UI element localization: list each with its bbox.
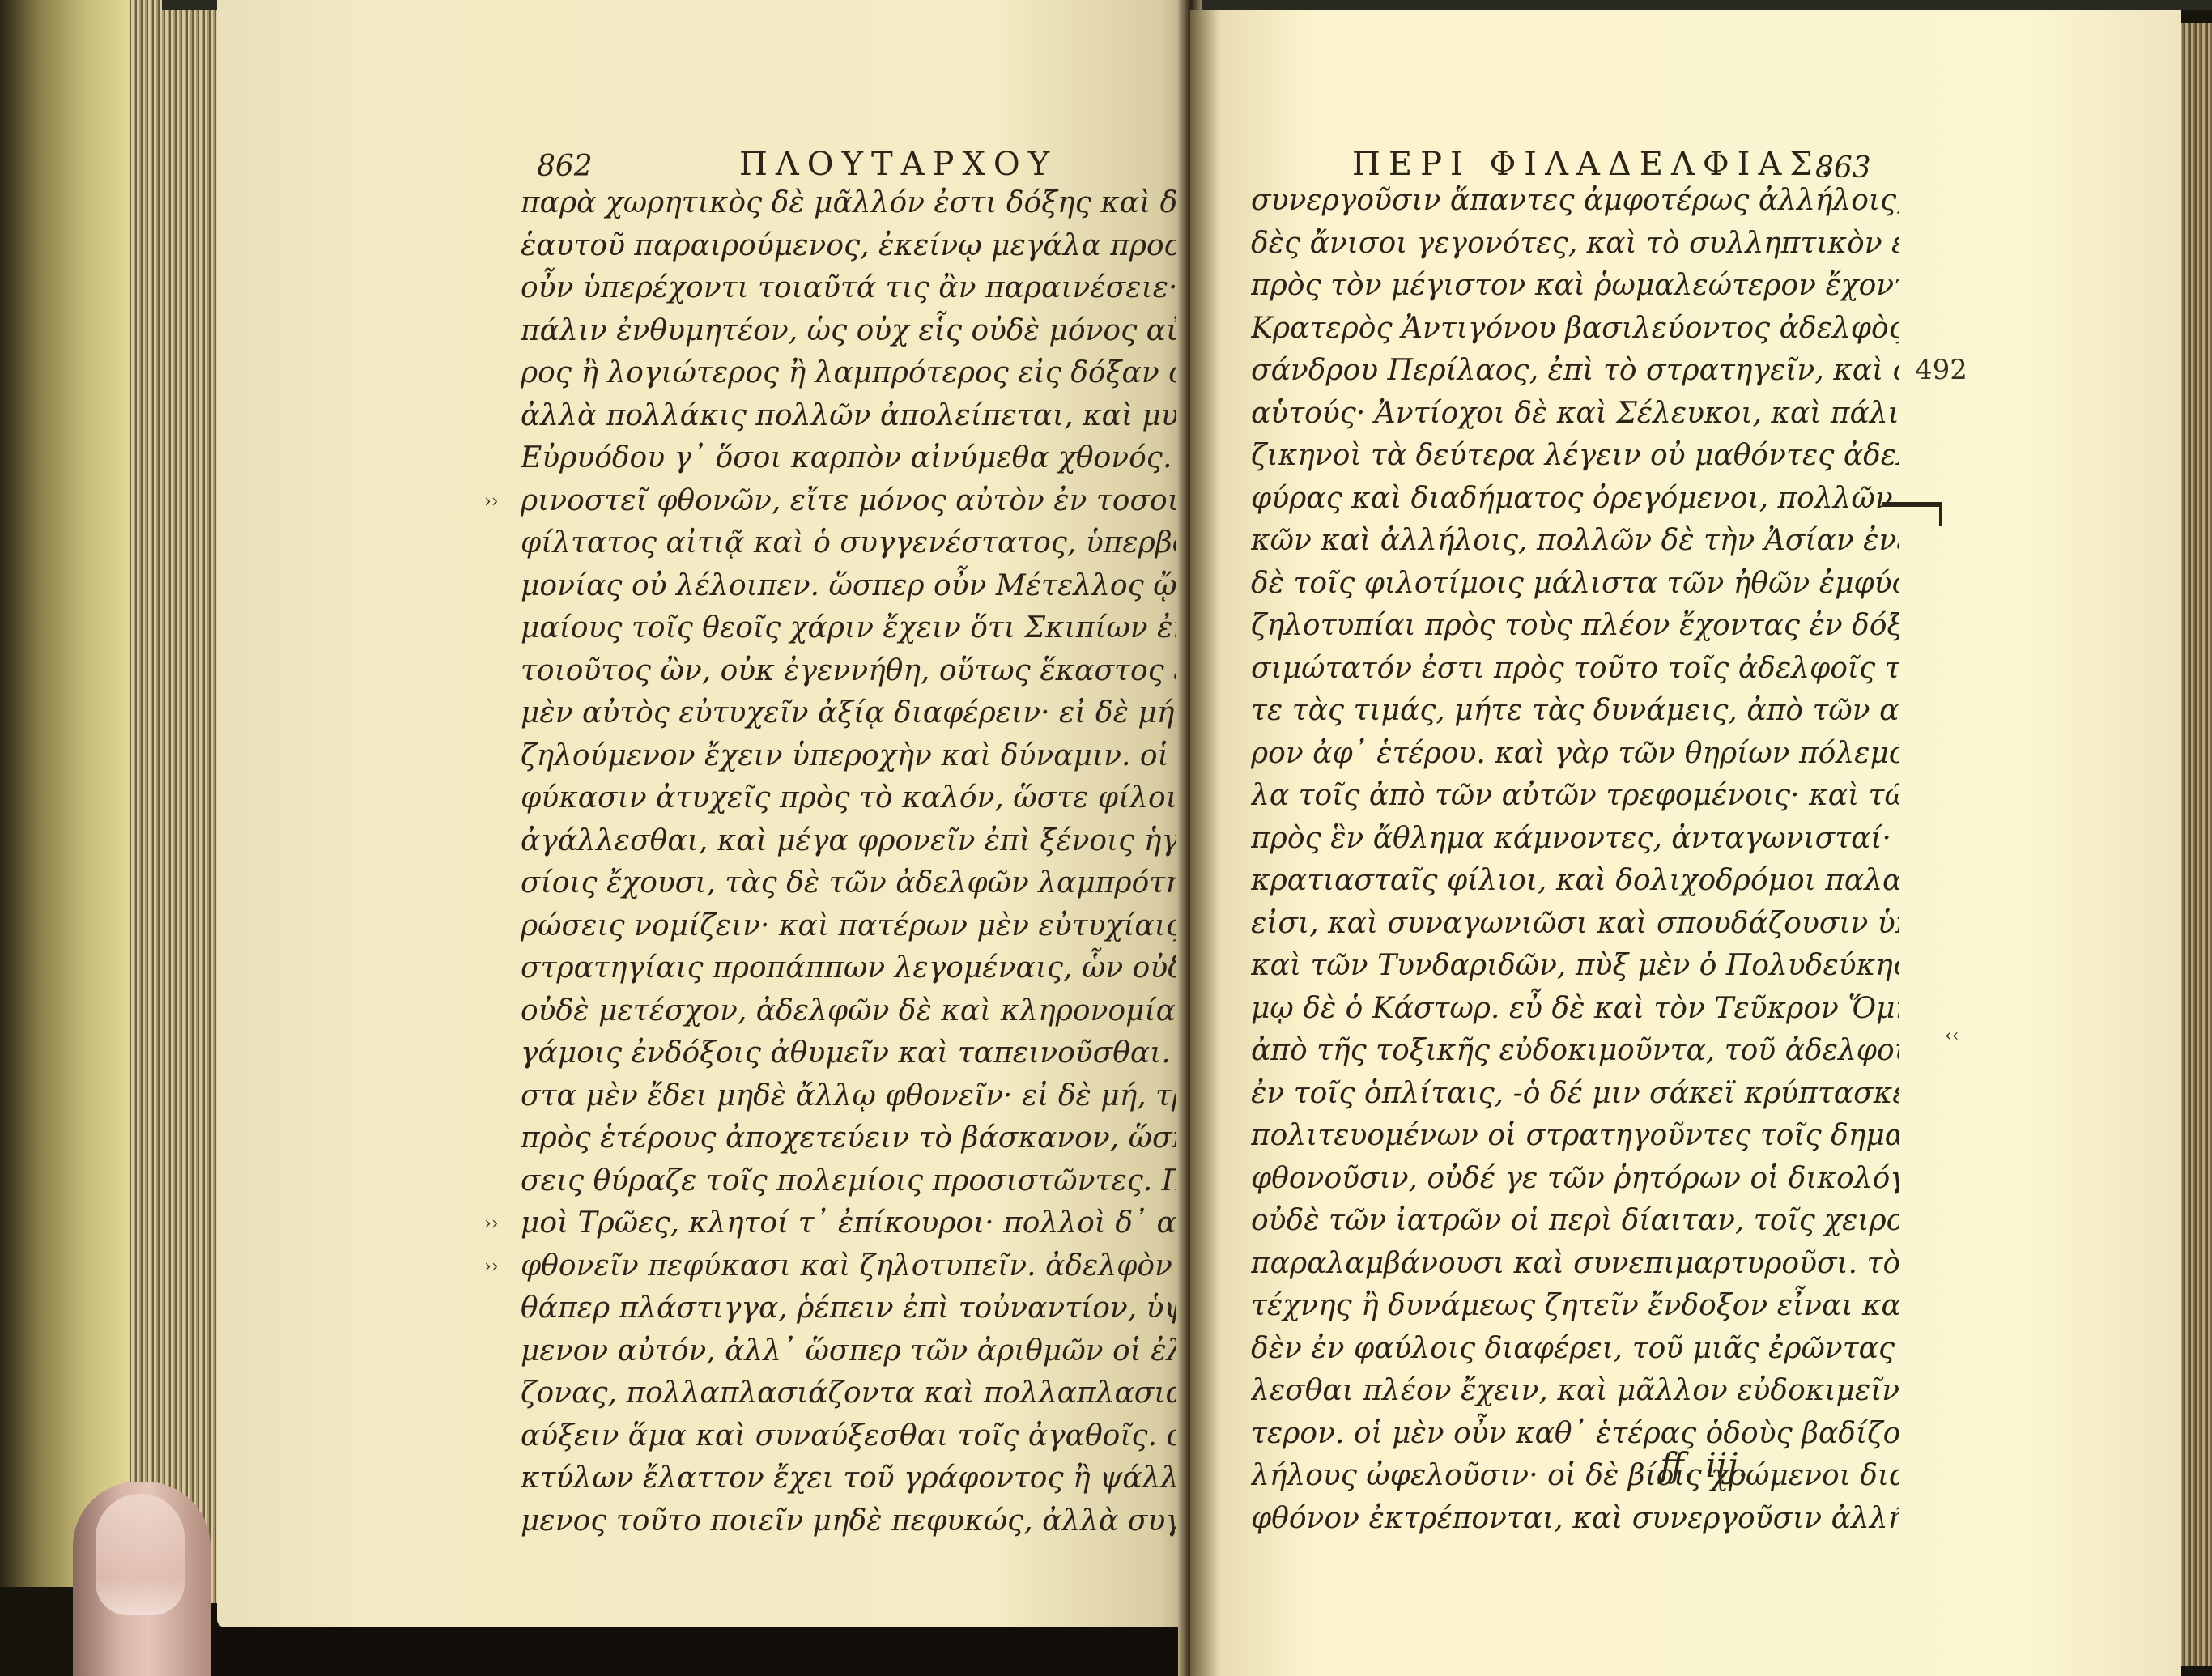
text-line: φθονεῖν πεφύκασι καὶ ζηλοτυπεῖν. ἀδελφὸν… xyxy=(521,1245,1176,1288)
text-line: κῶν καὶ ἀλλήλοις, πολλῶν δὲ τὴν Ἀσίαν ἐν… xyxy=(1251,520,1899,563)
text-line: τοιοῦτος ὢν, οὐκ ἐγεννήθη, οὕτως ἕκαστος… xyxy=(521,650,1176,693)
quote-mark: ›› xyxy=(484,1257,499,1277)
left-page-body-text: παρὰ χωρητικὸς δὲ μᾶλλόν ἐστι δόξης καὶ … xyxy=(521,182,1176,1542)
text-line: τε τὰς τιμάς, μήτε τὰς δυνάμεις, ἀπὸ τῶν… xyxy=(1251,690,1899,733)
page-edges-left xyxy=(130,0,219,1603)
text-line: ἑαυτοῦ παραιρούμενος, ἐκείνῳ μεγάλα προσ… xyxy=(521,225,1176,268)
text-line: δὲ τοῖς φιλοτίμοις μάλιστα τῶν ἠθῶν ἐμφύ… xyxy=(1251,563,1899,606)
text-line: κτύλων ἔλαττον ἔχει τοῦ γράφοντος ἢ ψάλλ… xyxy=(521,1457,1176,1500)
text-line: φθονοῦσιν, οὐδέ γε τῶν ῥητόρων οἱ δικολό… xyxy=(1251,1158,1899,1201)
thumbnail-nail xyxy=(96,1494,185,1615)
text-line: κρατιασταῖς φίλιοι, καὶ δολιχοδρόμοι παλ… xyxy=(1251,860,1899,903)
text-line: τέχνης ἢ δυνάμεως ζητεῖν ἔνδοξον εἶναι κ… xyxy=(1251,1285,1899,1328)
text-line: αὑτούς· Ἀντίοχοι δὲ καὶ Σέλευκοι, καὶ πά… xyxy=(1251,393,1899,436)
page-edges-right xyxy=(2178,23,2212,1666)
text-line: σάνδρου Περίλαος, ἐπὶ τὸ στρατηγεῖν, καὶ… xyxy=(1251,350,1899,393)
text-line: οὐδὲ μετέσχον, ἀδελφῶν δὲ καὶ κληρονομία… xyxy=(521,990,1176,1033)
margin-bracket-mark xyxy=(1882,502,1942,526)
text-line: πρὸς τὸν μέγιστον καὶ ῥωμαλεώτερον ἔχοντ… xyxy=(1251,265,1899,308)
text-line: σίοις ἔχουσι, τὰς δὲ τῶν ἀδελφῶν λαμπρότ… xyxy=(521,862,1176,905)
text-line: δὲν ἐν φαύλοις διαφέρει, τοῦ μιᾶς ἐρῶντα… xyxy=(1251,1328,1899,1371)
text-line: πρὸς ἓν ἄθλημα κάμνοντες, ἀνταγωνισταί· … xyxy=(1251,818,1899,861)
running-head-right: ΠΕΡΙ ΦΙΛΑΔΕΛΦΙΑΣ. xyxy=(1352,146,1839,183)
text-line: ρον ἀφ᾽ ἑτέρου. καὶ γὰρ τῶν θηρίων πόλεμ… xyxy=(1251,733,1899,776)
text-line: ζονας, πολλαπλασιάζοντα καὶ πολλαπλασιαζ… xyxy=(521,1372,1176,1415)
text-line: λήλους ὠφελοῦσιν· οἱ δὲ βίοις χρώμενοι δ… xyxy=(1251,1455,1899,1498)
right-page-body-text: συνεργοῦσιν ἅπαντες ἀμφοτέρως ἀλλήλοις, … xyxy=(1251,180,1899,1540)
text-line: πολιτευομένων οἱ στρατηγοῦντες τοῖς δημα… xyxy=(1251,1115,1899,1158)
margin-quote-mark-right: ‹‹ xyxy=(1945,1026,1959,1046)
text-line: στρατηγίαις προπάππων λεγομέναις, ὧν οὐδ… xyxy=(521,947,1176,990)
text-line: παρὰ χωρητικὸς δὲ μᾶλλόν ἐστι δόξης καὶ … xyxy=(521,182,1176,225)
text-line: φθόνον ἐκτρέπονται, καὶ συνεργοῦσιν ἀλλή… xyxy=(1251,1498,1899,1541)
text-line: εἰσι, καὶ συναγωνιῶσι καὶ σπουδάζουσιν ὑ… xyxy=(1251,903,1899,946)
text-line: μενος τοῦτο ποιεῖν μηδὲ πεφυκώς, ἀλλὰ συ… xyxy=(521,1500,1176,1543)
text-line: πάλιν ἐνθυμητέον, ὡς οὐχ εἷς οὐδὲ μόνος … xyxy=(521,310,1176,353)
text-line: ζηλούμενον ἔχειν ὑπεροχὴν καὶ δύναμιν. ο… xyxy=(521,735,1176,778)
text-line: ἀπὸ τῆς τοξικῆς εὐδοκιμοῦντα, τοῦ ἀδελφο… xyxy=(1251,1030,1899,1073)
text-line: καὶ τῶν Τυνδαριδῶν, πὺξ μὲν ὁ Πολυδεύκης… xyxy=(1251,945,1899,988)
text-line: σεις θύραζε τοῖς πολεμίοις προσιστῶντες.… xyxy=(521,1160,1176,1203)
page-number-left: 862 xyxy=(537,150,593,183)
text-line: Εὐρυόδου γ᾽ ὅσοι καρπὸν αἰνύμεθα χθονός.… xyxy=(521,437,1176,480)
text-line: δὲς ἄνισοι γεγονότες, καὶ τὸ συλληπτικὸν… xyxy=(1251,223,1899,266)
text-line: ἐν τοῖς ὁπλίταις, -ὁ δέ μιν σάκεϊ κρύπτα… xyxy=(1251,1073,1899,1116)
text-line: μενον αὐτόν, ἀλλ᾽ ὥσπερ τῶν ἀριθμῶν οἱ ἐ… xyxy=(521,1330,1176,1373)
text-line: ζηλοτυπίαι πρὸς τοὺς πλέον ἔχοντας ἐν δό… xyxy=(1251,605,1899,648)
text-line: φίλτατος αἰτιᾷ καὶ ὁ συγγενέστατος, ὑπερ… xyxy=(521,522,1176,565)
text-line: ἀλλὰ πολλάκις πολλῶν ἀπολείπεται, καὶ μυ… xyxy=(521,395,1176,438)
text-line: στα μὲν ἔδει μηδὲ ἄλλῳ φθονεῖν· εἰ δὲ μή… xyxy=(521,1075,1176,1118)
text-line: ρινοστεῖ φθονῶν, εἴτε μόνος αὐτὸν ἐν τοσ… xyxy=(521,480,1176,523)
text-line: μῳ δὲ ὁ Κάστωρ. εὖ δὲ καὶ τὸν Τεῦκρον Ὅμ… xyxy=(1251,988,1899,1031)
text-line: σιμώτατόν ἐστι πρὸς τοῦτο τοῖς ἀδελφοῖς … xyxy=(1251,648,1899,691)
left-page: 862 ΠΛΟΥΤΑΡΧΟΥ παρὰ χωρητικὸς δὲ μᾶλλόν … xyxy=(217,0,1189,1627)
text-line: συνεργοῦσιν ἅπαντες ἀμφοτέρως ἀλλήλοις, … xyxy=(1251,180,1899,223)
text-line: λα τοῖς ἀπὸ τῶν αὐτῶν τρεφομένοις· καὶ τ… xyxy=(1251,775,1899,818)
text-line: γάμοις ἐνδόξοις ἀθυμεῖν καὶ ταπεινοῦσθαι… xyxy=(521,1032,1176,1075)
text-line: Κρατερὸς Ἀντιγόνου βασιλεύοντος ἀδελφὸς … xyxy=(1251,308,1899,351)
text-line: τερον. οἱ μὲν οὖν καθ᾽ ἑτέρας ὁδοὺς βαδί… xyxy=(1251,1413,1899,1456)
text-line: μοὶ Τρῶες, κλητοί τ᾽ ἐπίκουροι· πολλοὶ δ… xyxy=(521,1202,1176,1245)
text-line: φύκασιν ἀτυχεῖς πρὸς τὸ καλόν, ὥστε φίλο… xyxy=(521,777,1176,820)
quote-mark: ›› xyxy=(484,491,499,512)
text-line: ζικηνοὶ τὰ δεύτερα λέγειν οὐ μαθόντες ἀδ… xyxy=(1251,435,1899,478)
signature-mark: ff. iij. xyxy=(1660,1445,1749,1485)
text-line: οὐδὲ τῶν ἰατρῶν οἱ περὶ δίαιταν, τοῖς χε… xyxy=(1251,1200,1899,1243)
text-line: ρος ἢ λογιώτερος ἢ λαμπρότερος εἰς δόξαν… xyxy=(521,352,1176,395)
text-line: φύρας καὶ διαδήματος ὀρεγόμενοι, πολλῶν … xyxy=(1251,478,1899,521)
text-line: μονίας οὐ λέλοιπεν. ὥσπερ οὖν Μέτελλος ᾤ… xyxy=(521,565,1176,608)
text-line: λεσθαι πλέον ἔχειν, καὶ μᾶλλον εὐδοκιμεῖ… xyxy=(1251,1370,1899,1413)
margin-note-number: 492 xyxy=(1915,354,1967,386)
right-page: ΠΕΡΙ ΦΙΛΑΔΕΛΦΙΑΣ. 863 συνεργοῦσιν ἅπαντε… xyxy=(1190,10,2181,1676)
text-line: μὲν αὐτὸς εὐτυχεῖν ἀξίᾳ διαφέρειν· εἰ δὲ… xyxy=(521,692,1176,735)
text-line: παραλαμβάνουσι καὶ συνεπιμαρτυροῦσι. τὸ … xyxy=(1251,1243,1899,1286)
text-line: ρώσεις νομίζειν· καὶ πατέρων μὲν εὐτυχία… xyxy=(521,905,1176,948)
text-line: θάπερ πλάστιγγα, ῥέπειν ἐπὶ τοὐναντίον, … xyxy=(521,1287,1176,1330)
text-line: οὖν ὑπερέχοντι τοιαῦτά τις ἂν παραινέσει… xyxy=(521,267,1176,310)
quote-mark: ›› xyxy=(484,1214,499,1234)
running-head-left: ΠΛΟΥΤΑΡΧΟΥ xyxy=(739,146,1057,183)
text-line: αύξειν ἅμα καὶ συναύξεσθαι τοῖς ἀγαθοῖς.… xyxy=(521,1415,1176,1458)
text-line: ἀγάλλεσθαι, καὶ μέγα φρονεῖν ἐπὶ ξένοις … xyxy=(521,820,1176,863)
text-line: μαίους τοῖς θεοῖς χάριν ἔχειν ὅτι Σκιπίω… xyxy=(521,607,1176,650)
text-line: πρὸς ἑτέρους ἀποχετεύειν τὸ βάσκανον, ὥσ… xyxy=(521,1117,1176,1160)
